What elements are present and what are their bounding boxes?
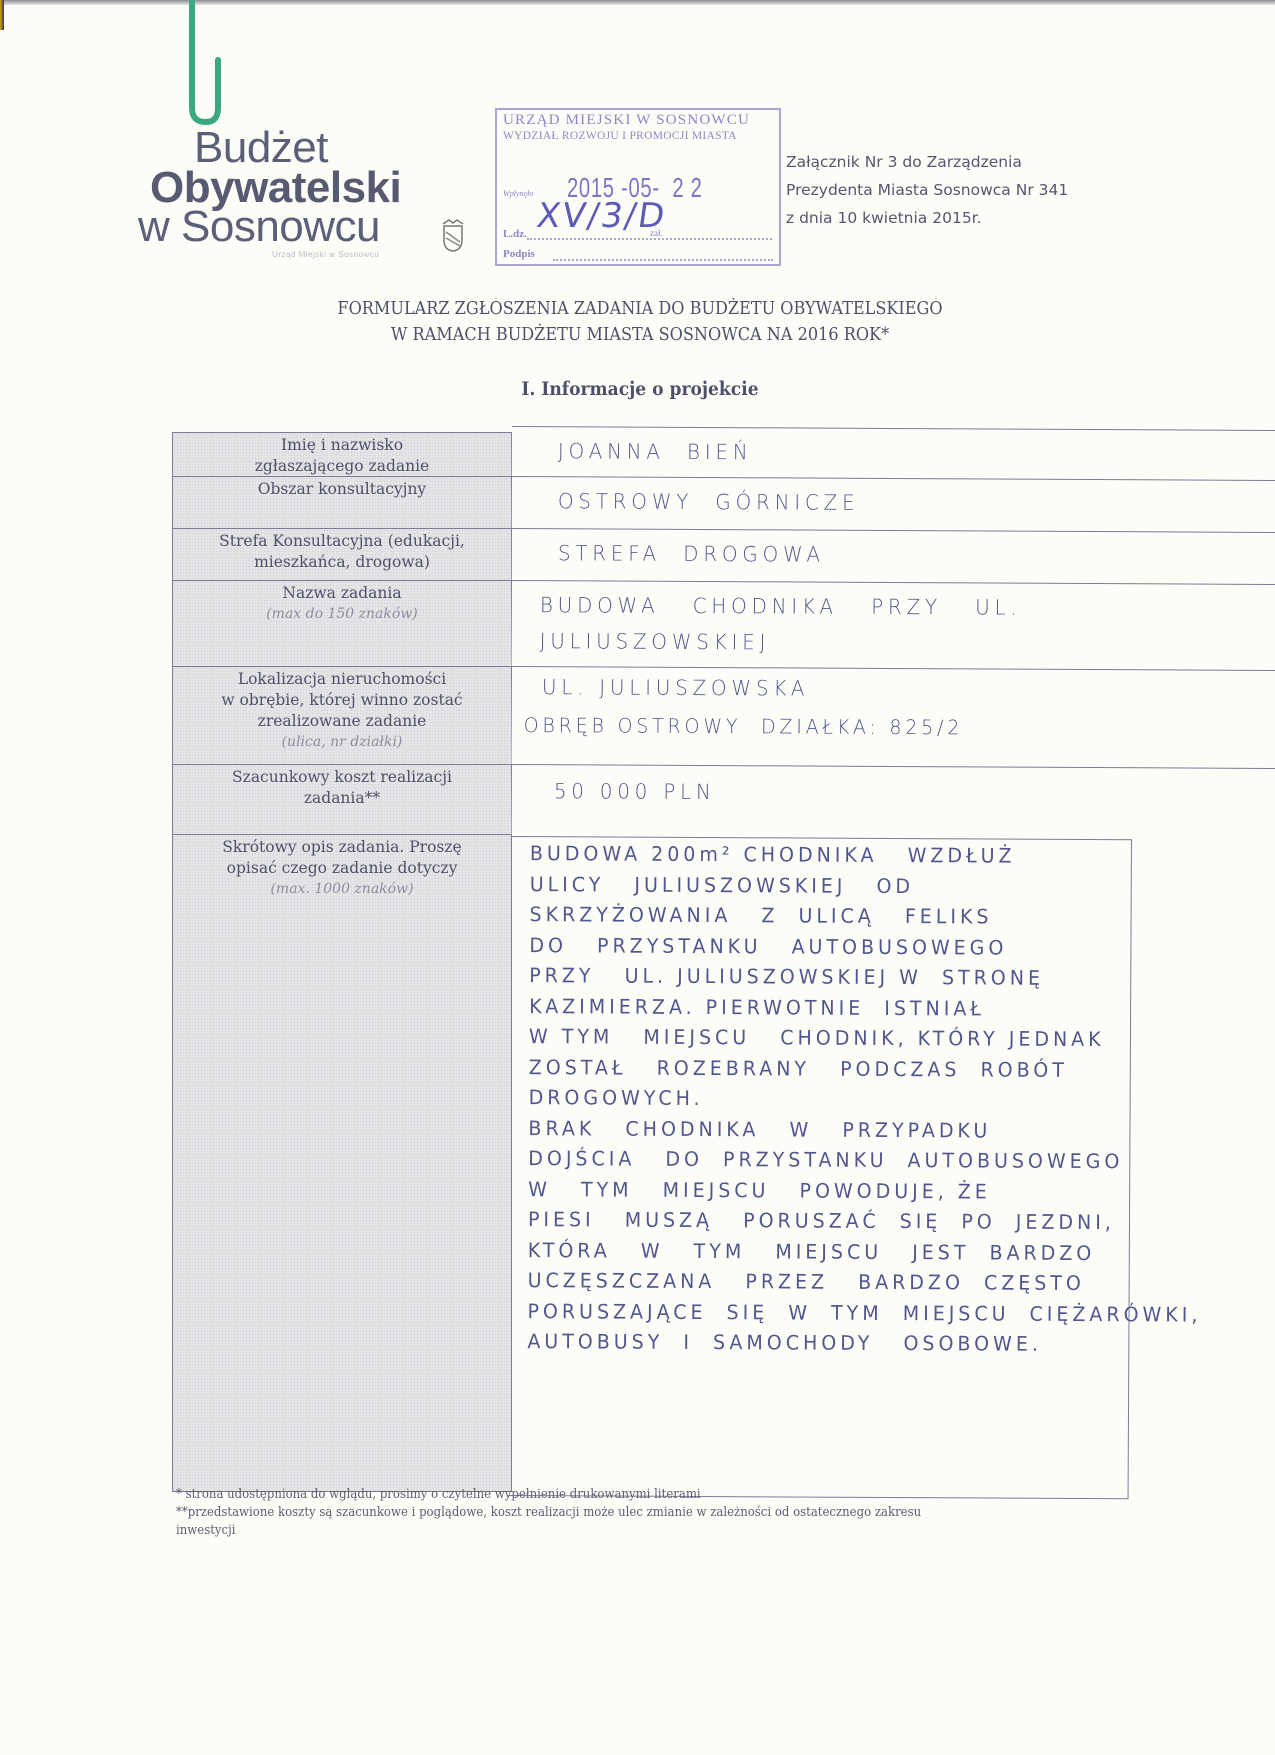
handwritten-description-line: KTÓRA W TYM MIEJSCU JEST BARDZO	[528, 1238, 1096, 1265]
stamp-signature-dotted-line	[553, 259, 773, 261]
handwritten-value: STREFA DROGOWA	[558, 541, 825, 566]
handwritten-value: JULIUSZOWSKIEJ	[540, 629, 771, 654]
field-label-task-name: Nazwa zadania (max do 150 znaków)	[172, 580, 512, 666]
stamp-ldz-dotted-line	[527, 238, 772, 240]
label-line: mieszkańca, drogowa)	[173, 552, 511, 573]
field-value-consultation-zone[interactable]: STREFA DROGOWA	[512, 528, 1275, 584]
field-label-consultation-zone: Strefa Konsultacyjna (edukacji, mieszkań…	[172, 528, 512, 580]
field-value-consultation-area[interactable]: OSTROWY GÓRNICZE	[512, 476, 1275, 532]
handwritten-description-line: SKRZYŻOWANIA Z ULICĄ FELIKS	[530, 902, 993, 928]
stamp-received-label: Wpłynęło	[503, 189, 533, 198]
field-label-applicant-name: Imię i nazwisko zgłaszającego zadanie	[172, 432, 512, 476]
handwritten-description-line: PRZY UL. JULIUSZOWSKIEJ W STRONĘ	[529, 963, 1044, 990]
field-value-task-name[interactable]: BUDOWA CHODNIKA PRZY UL. JULIUSZOWSKIEJ	[512, 580, 1275, 670]
footnote: **przedstawione koszty są szacunkowe i p…	[176, 1504, 986, 1522]
label-line: zrealizowane zadanie	[173, 711, 511, 732]
handwritten-value: OBRĘB OSTROWY DZIAŁKA: 825/2	[524, 713, 964, 739]
section-title: I. Informacje o projekcie	[334, 378, 946, 400]
field-value-description[interactable]: BUDOWA 200m² CHODNIKA WZDŁUŻULICY JULIUS…	[509, 836, 1132, 1499]
handwritten-value: OSTROWY GÓRNICZE	[558, 489, 860, 515]
footnote: inwestycji	[176, 1522, 986, 1540]
form-title-line-2: W RAMACH BUDŻETU MIASTA SOSNOWCA NA 2016…	[235, 322, 1045, 348]
handwritten-value: BUDOWA CHODNIKA PRZY UL.	[540, 593, 1022, 620]
label-hint: (max do 150 znaków)	[173, 604, 511, 624]
label-line: opisać czego zadanie dotyczy	[173, 858, 511, 879]
handwritten-description-line: UCZĘSZCZANA PRZEZ BARDZO CZĘSTO	[528, 1268, 1085, 1295]
logo-line-3: w Sosnowcu	[130, 208, 470, 246]
handwritten-description-line: PIESI MUSZĄ PORUSZAĆ SIĘ PO JEZDNI,	[528, 1207, 1115, 1234]
paperclip-icon	[186, 0, 226, 126]
stamp-signature-label: Podpis	[503, 248, 535, 260]
handwritten-description-line: W TYM MIEJSCU POWODUJE, ŻE	[528, 1177, 991, 1203]
handwritten-description-line: DO PRZYSTANKU AUTOBUSOWEGO	[529, 933, 1007, 960]
scan-left-edge	[0, 0, 4, 30]
handwritten-description-line: BRAK CHODNIKA W PRZYPADKU	[528, 1116, 991, 1142]
attachment-line: Załącznik Nr 3 do Zarządzenia	[786, 148, 1068, 176]
stamp-ldz-value: XV/3/D	[534, 196, 669, 236]
form-title-line-1: FORMULARZ ZGŁOSZENIA ZADANIA DO BUDŻETU …	[235, 296, 1045, 322]
budzet-obywatelski-logo: Budżet Obywatelski w Sosnowcu Urząd Miej…	[130, 128, 470, 246]
label-line: w obrębie, której winno zostać	[173, 690, 511, 711]
label-line: zgłaszającego zadanie	[173, 456, 511, 477]
label-line: Obszar konsultacyjny	[173, 479, 511, 500]
field-label-estimated-cost: Szacunkowy koszt realizacji zadania**	[172, 764, 512, 834]
label-line: Skrótowy opis zadania. Proszę	[173, 837, 511, 858]
stamp-ldz-label: L.dz.	[503, 228, 527, 240]
stamp-department: WYDZIAŁ ROZWOJU I PROMOCJI MIASTA	[503, 130, 737, 142]
attachment-line: Prezydenta Miasta Sosnowca Nr 341	[786, 176, 1068, 204]
field-label-consultation-area: Obszar konsultacyjny	[172, 476, 512, 528]
field-value-location[interactable]: UL. JULIUSZOWSKA OBRĘB OSTROWY DZIAŁKA: …	[511, 666, 1275, 768]
handwritten-description-line: BUDOWA 200m² CHODNIKA WZDŁUŻ	[530, 841, 1016, 868]
field-value-applicant-name[interactable]: JOANNA BIEŃ	[512, 426, 1275, 480]
handwritten-description-line: W TYM MIEJSCU CHODNIK, KTÓRY JEDNAK	[529, 1024, 1105, 1051]
field-label-location: Lokalizacja nieruchomości w obrębie, któ…	[172, 666, 512, 764]
handwritten-description-line: AUTOBUSY I SAMOCHODY OSOBOWE.	[527, 1329, 1042, 1356]
footnotes: * strona udostępniona do wglądu, prosimy…	[176, 1486, 986, 1540]
footnote: * strona udostępniona do wglądu, prosimy…	[176, 1486, 986, 1504]
registration-stamp: URZĄD MIEJSKI W SOSNOWCU WYDZIAŁ ROZWOJU…	[495, 108, 781, 266]
handwritten-value: 50 000 PLN	[554, 779, 716, 804]
handwritten-value: UL. JULIUSZOWSKA	[542, 675, 809, 700]
label-line: Lokalizacja nieruchomości	[173, 669, 511, 690]
field-label-description: Skrótowy opis zadania. Proszę opisać cze…	[172, 834, 512, 1492]
logo-line-1: Budżet	[130, 128, 470, 168]
attachment-line: z dnia 10 kwietnia 2015r.	[786, 204, 1068, 232]
label-hint: (max. 1000 znaków)	[173, 879, 511, 899]
label-line: Szacunkowy koszt realizacji	[173, 767, 511, 788]
handwritten-description-line: PORUSZAJĄCE SIĘ W TYM MIEJSCU CIĘŻARÓWKI…	[527, 1299, 1201, 1327]
label-line: Nazwa zadania	[173, 583, 511, 604]
city-crest-icon	[440, 218, 466, 252]
handwritten-value: JOANNA BIEŃ	[558, 439, 753, 464]
label-line: Strefa Konsultacyjna (edukacji,	[173, 531, 511, 552]
label-line: zadania**	[173, 788, 511, 809]
handwritten-description-line: ZOSTAŁ ROZEBRANY PODCZAS ROBÓT	[529, 1055, 1068, 1082]
handwritten-description-line: DROGOWYCH.	[529, 1085, 704, 1110]
form-title: FORMULARZ ZGŁOSZENIA ZADANIA DO BUDŻETU …	[235, 296, 1045, 348]
field-value-estimated-cost[interactable]: 50 000 PLN	[512, 764, 1275, 838]
stamp-zal-label: zał.	[650, 228, 663, 238]
handwritten-description-line: KAZIMIERZA. PIERWOTNIE ISTNIAŁ	[529, 994, 985, 1020]
handwritten-description-line: DOJŚCIA DO PRZYSTANKU AUTOBUSOWEGO	[528, 1146, 1123, 1173]
handwritten-description-line: ULICY JULIUSZOWSKIEJ OD	[530, 872, 914, 898]
logo-subtitle: Urząd Miejski w Sosnowcu	[272, 250, 379, 259]
stamp-office: URZĄD MIEJSKI W SOSNOWCU	[503, 112, 750, 129]
label-hint: (ulica, nr działki)	[173, 732, 511, 752]
label-line: Imię i nazwisko	[173, 435, 511, 456]
attachment-note: Załącznik Nr 3 do Zarządzenia Prezydenta…	[786, 148, 1068, 232]
